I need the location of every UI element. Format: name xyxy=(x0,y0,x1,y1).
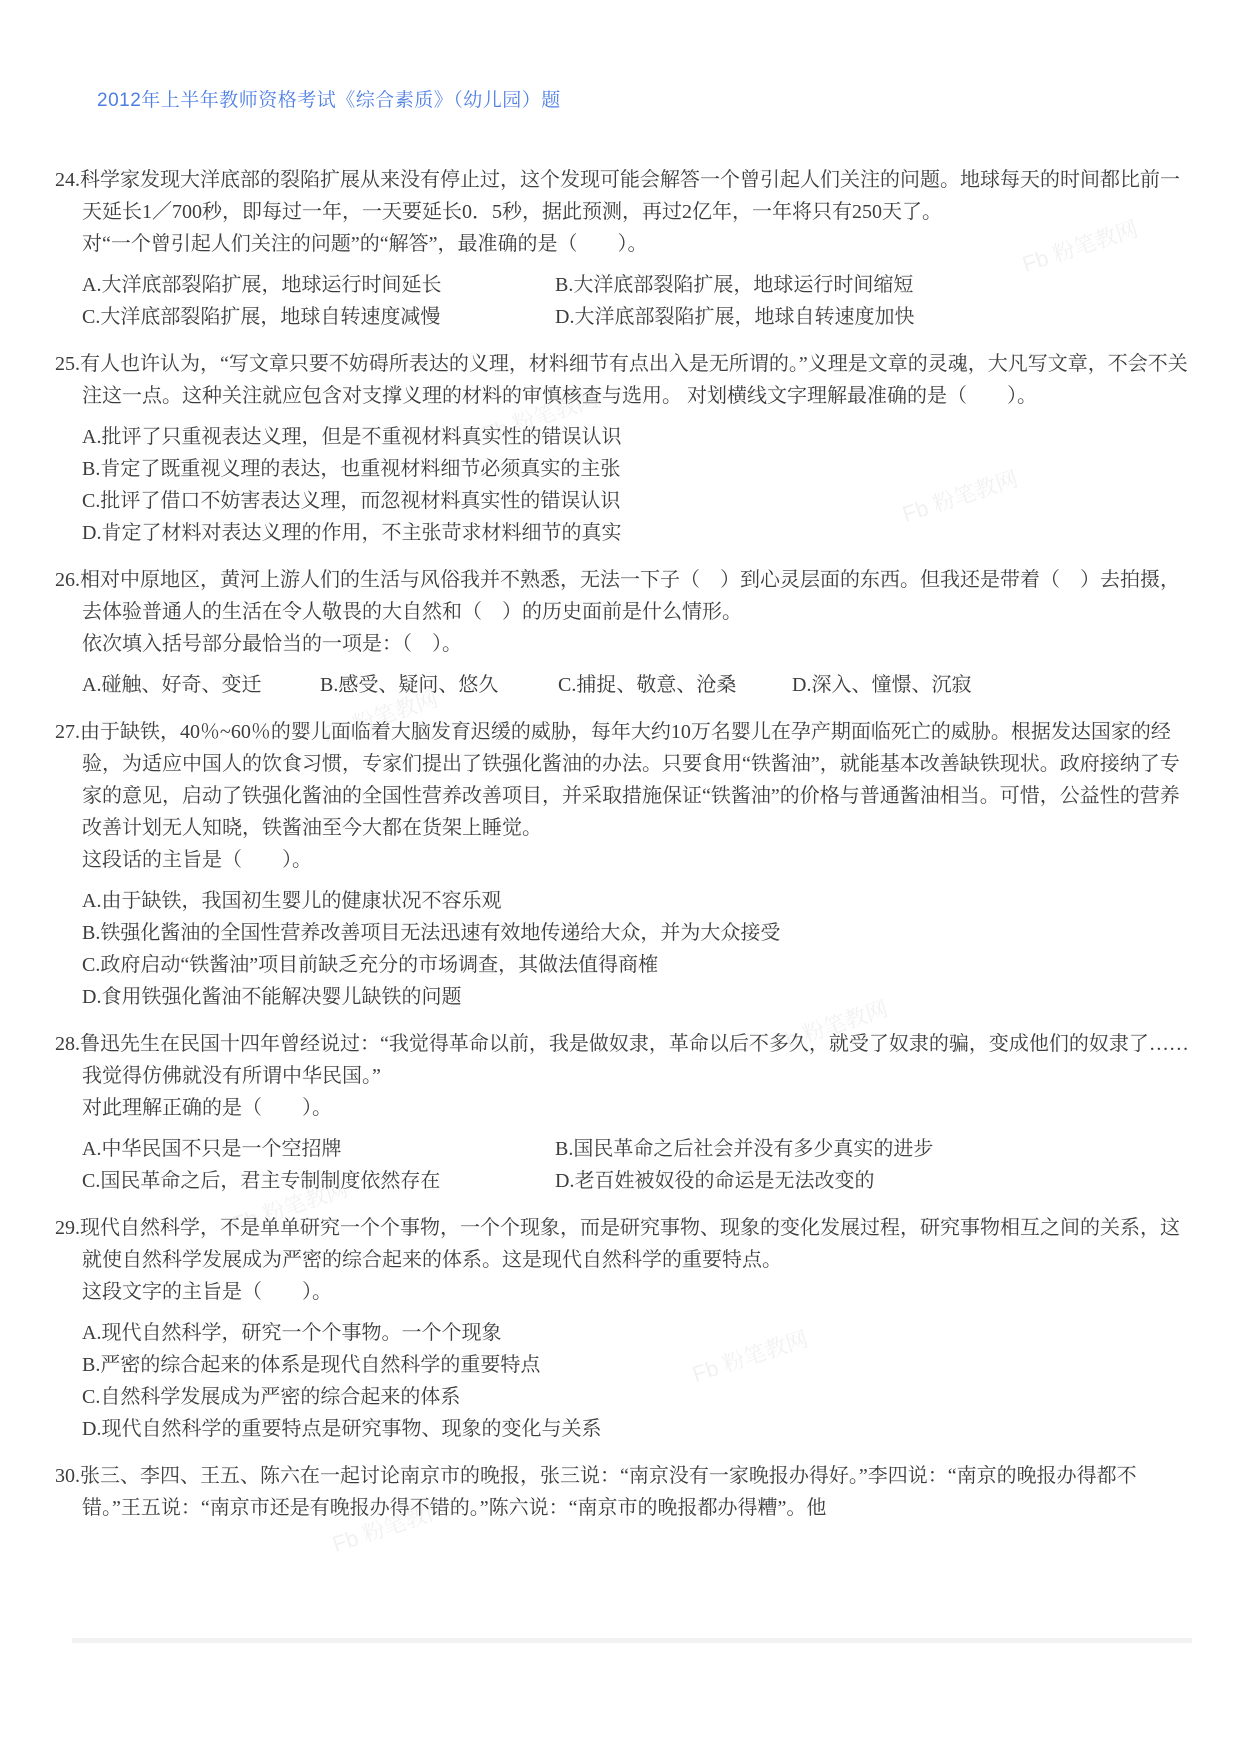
question-prompt: 这段话的主旨是（ ）。 xyxy=(82,844,1192,876)
question-stem: 29.现代自然科学，不是单单研究一个个事物，一个个现象，而是研究事物、现象的变化… xyxy=(55,1212,1192,1276)
option-label: D. xyxy=(82,986,101,1008)
option-text: 铁强化酱油的全国性营养改善项目无法迅速有效地传递给大众，并为大众接受 xyxy=(100,922,780,944)
option: D.老百姓被奴役的命运是无法改变的 xyxy=(555,1165,1192,1197)
option-label: D. xyxy=(555,306,574,328)
question-prompt: 依次填入括号部分最恰当的一项是：（ ）。 xyxy=(82,628,1192,660)
option-text: 深入、憧憬、沉寂 xyxy=(811,674,971,696)
option-label: B. xyxy=(555,1138,573,1160)
question: 30.张三、李四、王五、陈六在一起讨论南京市的晚报，张三说：“南京没有一家晚报办… xyxy=(55,1460,1192,1524)
option-text: 肯定了既重视义理的表达，也重视材料细节必须真实的主张 xyxy=(100,458,620,480)
option-label: C. xyxy=(82,954,100,976)
option-text: 食用铁强化酱油不能解决婴儿缺铁的问题 xyxy=(101,986,461,1008)
option-label: C. xyxy=(82,490,100,512)
option-text: 国民革命之后，君主专制制度依然存在 xyxy=(100,1170,440,1192)
question-stem: 27.由于缺铁，40％~60％的婴儿面临着大脑发育迟缓的威胁，每年大约10万名婴… xyxy=(55,716,1192,844)
option-label: D. xyxy=(82,522,101,544)
question: 24.科学家发现大洋底部的裂陷扩展从来没有停止过，这个发现可能会解答一个曾引起人… xyxy=(55,164,1192,333)
option-text: 由于缺铁，我国初生婴儿的健康状况不容乐观 xyxy=(101,890,501,912)
question-stem: 24.科学家发现大洋底部的裂陷扩展从来没有停止过，这个发现可能会解答一个曾引起人… xyxy=(55,164,1192,228)
option: B.大洋底部裂陷扩展，地球运行时间缩短 xyxy=(555,269,1192,301)
option: B.严密的综合起来的体系是现代自然科学的重要特点 xyxy=(82,1349,1192,1381)
option-list: A.中华民国不只是一个空招牌 B.国民革命之后社会并没有多少真实的进步 C.国民… xyxy=(82,1133,1192,1197)
option-label: D. xyxy=(555,1170,574,1192)
option: D.大洋底部裂陷扩展，地球自转速度加快 xyxy=(555,301,1192,333)
option-text: 自然科学发展成为严密的综合起来的体系 xyxy=(100,1386,460,1408)
option-text: 大洋底部裂陷扩展，地球运行时间延长 xyxy=(101,274,441,296)
option-label: A. xyxy=(82,274,101,296)
exam-page: Fb 粉笔教网 Fb 粉笔教网 Fb 粉笔教网 Fb 粉笔教网 Fb 粉笔教网 … xyxy=(0,0,1240,1754)
option: D.深入、憧憬、沉寂 xyxy=(792,669,1192,701)
question-number: 29. xyxy=(55,1217,80,1239)
question-stem: 28.鲁迅先生在民国十四年曾经说过：“我觉得革命以前，我是做奴隶，革命以后不多久… xyxy=(55,1028,1192,1092)
option-label: C. xyxy=(82,1170,100,1192)
question-stem-text: 现代自然科学，不是单单研究一个个事物，一个个现象，而是研究事物、现象的变化发展过… xyxy=(80,1217,1180,1271)
option-list: A.碰触、好奇、变迁 B.感受、疑问、悠久 C.捕捉、敬意、沧桑 D.深入、憧憬… xyxy=(82,669,1192,701)
option-label: B. xyxy=(82,458,100,480)
question-number: 30. xyxy=(55,1465,80,1487)
option-text: 政府启动“铁酱油”项目前缺乏充分的市场调查，其做法值得商榷 xyxy=(100,954,658,976)
question-number: 24. xyxy=(55,169,80,191)
option-label: A. xyxy=(82,890,101,912)
option: D.肯定了材料对表达义理的作用，不主张苛求材料细节的真实 xyxy=(82,517,1192,549)
option: D.食用铁强化酱油不能解决婴儿缺铁的问题 xyxy=(82,981,1192,1013)
question-prompt: 对“一个曾引起人们关注的问题”的“解答”，最准确的是（ ）。 xyxy=(82,228,1192,260)
option: B.铁强化酱油的全国性营养改善项目无法迅速有效地传递给大众，并为大众接受 xyxy=(82,917,1192,949)
option-list: A.大洋底部裂陷扩展，地球运行时间延长 B.大洋底部裂陷扩展，地球运行时间缩短 … xyxy=(82,269,1192,333)
option-text: 大洋底部裂陷扩展，地球自转速度加快 xyxy=(574,306,914,328)
option-label: D. xyxy=(792,674,811,696)
option-text: 现代自然科学的重要特点是研究事物、现象的变化与关系 xyxy=(101,1418,601,1440)
option-text: 大洋底部裂陷扩展，地球自转速度减慢 xyxy=(100,306,440,328)
footer-divider xyxy=(72,1638,1192,1643)
option-label: A. xyxy=(82,1322,101,1344)
option-label: A. xyxy=(82,674,101,696)
option-label: A. xyxy=(82,1138,101,1160)
question-stem-text: 有人也许认为，“写文章只要不妨碍所表达的义理，材料细节有点出入是无所谓的。”义理… xyxy=(80,353,1188,407)
question-number: 27. xyxy=(55,721,80,743)
option: A.大洋底部裂陷扩展，地球运行时间延长 xyxy=(82,269,555,301)
option: C.自然科学发展成为严密的综合起来的体系 xyxy=(82,1381,1192,1413)
option: B.感受、疑问、悠久 xyxy=(320,669,558,701)
question-list: 24.科学家发现大洋底部的裂陷扩展从来没有停止过，这个发现可能会解答一个曾引起人… xyxy=(55,164,1192,1524)
option-list: A.由于缺铁，我国初生婴儿的健康状况不容乐观 B.铁强化酱油的全国性营养改善项目… xyxy=(82,885,1192,1013)
option: A.碰触、好奇、变迁 xyxy=(82,669,320,701)
question-number: 28. xyxy=(55,1033,80,1055)
option-text: 碰触、好奇、变迁 xyxy=(101,674,261,696)
question-stem: 26.相对中原地区，黄河上游人们的生活与风俗我并不熟悉，无法一下子（ ）到心灵层… xyxy=(55,564,1192,628)
option-text: 现代自然科学，研究一个个事物。一个个现象 xyxy=(101,1322,501,1344)
option: C.国民革命之后，君主专制制度依然存在 xyxy=(82,1165,555,1197)
option-text: 批评了只重视表达义理，但是不重视材料真实性的错误认识 xyxy=(101,426,621,448)
page-title: 2012年上半年教师资格考试《综合素质》（幼儿园）题 xyxy=(97,85,1192,112)
option-text: 严密的综合起来的体系是现代自然科学的重要特点 xyxy=(100,1354,540,1376)
option-label: A. xyxy=(82,426,101,448)
option-label: D. xyxy=(82,1418,101,1440)
option-text: 感受、疑问、悠久 xyxy=(338,674,498,696)
question-prompt: 对此理解正确的是（ ）。 xyxy=(82,1092,1192,1124)
option: D.现代自然科学的重要特点是研究事物、现象的变化与关系 xyxy=(82,1413,1192,1445)
option-text: 捕捉、敬意、沧桑 xyxy=(576,674,736,696)
question-stem: 30.张三、李四、王五、陈六在一起讨论南京市的晚报，张三说：“南京没有一家晚报办… xyxy=(55,1460,1192,1524)
question-stem-text: 由于缺铁，40％~60％的婴儿面临着大脑发育迟缓的威胁，每年大约10万名婴儿在孕… xyxy=(80,721,1180,839)
question: 27.由于缺铁，40％~60％的婴儿面临着大脑发育迟缓的威胁，每年大约10万名婴… xyxy=(55,716,1192,1013)
question-prompt: 这段文字的主旨是（ ）。 xyxy=(82,1276,1192,1308)
option: C.捕捉、敬意、沧桑 xyxy=(558,669,792,701)
option-label: B. xyxy=(320,674,338,696)
question: 29.现代自然科学，不是单单研究一个个事物，一个个现象，而是研究事物、现象的变化… xyxy=(55,1212,1192,1445)
question-number: 25. xyxy=(55,353,80,375)
question-stem-text: 鲁迅先生在民国十四年曾经说过：“我觉得革命以前，我是做奴隶，革命以后不多久，就受… xyxy=(80,1033,1189,1087)
question: 25.有人也许认为，“写文章只要不妨碍所表达的义理，材料细节有点出入是无所谓的。… xyxy=(55,348,1192,549)
option: B.国民革命之后社会并没有多少真实的进步 xyxy=(555,1133,1192,1165)
option-list: A.现代自然科学，研究一个个事物。一个个现象 B.严密的综合起来的体系是现代自然… xyxy=(82,1317,1192,1445)
option-label: B. xyxy=(555,274,573,296)
option: C.批评了借口不妨害表达义理，而忽视材料真实性的错误认识 xyxy=(82,485,1192,517)
option: B.肯定了既重视义理的表达，也重视材料细节必须真实的主张 xyxy=(82,453,1192,485)
option: C.政府启动“铁酱油”项目前缺乏充分的市场调查，其做法值得商榷 xyxy=(82,949,1192,981)
option-list: A.批评了只重视表达义理，但是不重视材料真实性的错误认识 B.肯定了既重视义理的… xyxy=(82,421,1192,549)
option: A.现代自然科学，研究一个个事物。一个个现象 xyxy=(82,1317,1192,1349)
option-text: 国民革命之后社会并没有多少真实的进步 xyxy=(573,1138,933,1160)
option: A.批评了只重视表达义理，但是不重视材料真实性的错误认识 xyxy=(82,421,1192,453)
option-label: C. xyxy=(82,1386,100,1408)
question-stem-text: 张三、李四、王五、陈六在一起讨论南京市的晚报，张三说：“南京没有一家晚报办得好。… xyxy=(80,1465,1137,1519)
option-label: B. xyxy=(82,1354,100,1376)
option-text: 老百姓被奴役的命运是无法改变的 xyxy=(574,1170,874,1192)
question-stem: 25.有人也许认为，“写文章只要不妨碍所表达的义理，材料细节有点出入是无所谓的。… xyxy=(55,348,1192,412)
option: A.中华民国不只是一个空招牌 xyxy=(82,1133,555,1165)
option: C.大洋底部裂陷扩展，地球自转速度减慢 xyxy=(82,301,555,333)
question-number: 26. xyxy=(55,569,80,591)
option-text: 大洋底部裂陷扩展，地球运行时间缩短 xyxy=(573,274,913,296)
option-text: 肯定了材料对表达义理的作用，不主张苛求材料细节的真实 xyxy=(101,522,621,544)
question-stem-text: 科学家发现大洋底部的裂陷扩展从来没有停止过，这个发现可能会解答一个曾引起人们关注… xyxy=(80,169,1180,223)
option: A.由于缺铁，我国初生婴儿的健康状况不容乐观 xyxy=(82,885,1192,917)
option-text: 批评了借口不妨害表达义理，而忽视材料真实性的错误认识 xyxy=(100,490,620,512)
option-label: C. xyxy=(82,306,100,328)
question: 26.相对中原地区，黄河上游人们的生活与风俗我并不熟悉，无法一下子（ ）到心灵层… xyxy=(55,564,1192,701)
question: 28.鲁迅先生在民国十四年曾经说过：“我觉得革命以前，我是做奴隶，革命以后不多久… xyxy=(55,1028,1192,1197)
option-label: B. xyxy=(82,922,100,944)
option-label: C. xyxy=(558,674,576,696)
option-text: 中华民国不只是一个空招牌 xyxy=(101,1138,341,1160)
question-stem-text: 相对中原地区，黄河上游人们的生活与风俗我并不熟悉，无法一下子（ ）到心灵层面的东… xyxy=(80,569,1180,623)
